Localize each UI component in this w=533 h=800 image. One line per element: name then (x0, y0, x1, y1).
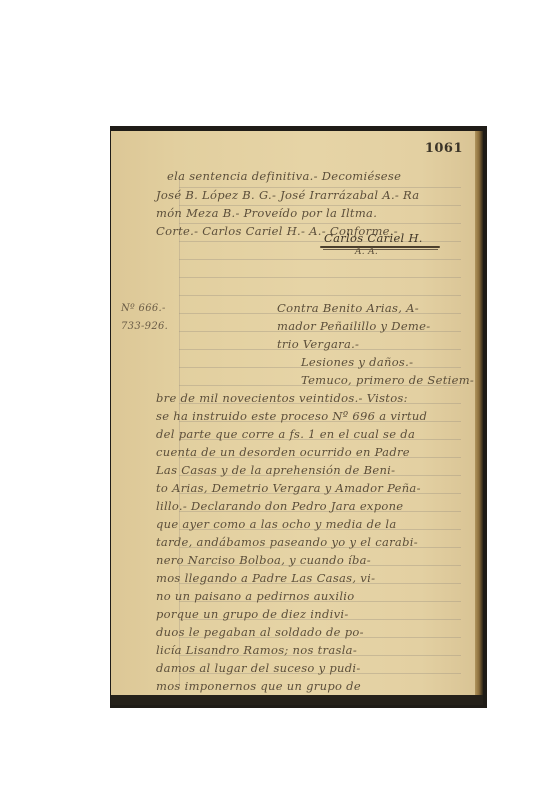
body-line: nero Narciso Bolboa, y cuando íba- (156, 553, 371, 567)
body-line: que ayer como a las ocho y media de la (156, 517, 397, 531)
body-line: licía Lisandro Ramos; nos trasla- (156, 643, 357, 657)
case-reference: 733-926. (121, 321, 168, 332)
body-line: duos le pegaban al soldado de po- (156, 625, 364, 639)
body-line: damos al lugar del suceso y pudi- (156, 661, 361, 675)
body-line: lillo.- Declarando don Pedro Jara expone (156, 499, 403, 513)
signature-underline (323, 249, 438, 250)
body-line: porque un grupo de diez indivi- (156, 607, 349, 621)
ruled-line (179, 277, 461, 278)
signature: Carlos Cariel H. (324, 231, 423, 245)
body-line: mos imponernos que un grupo de (156, 679, 361, 693)
handwritten-line: ela sentencia definitiva.- Decomiésese (167, 169, 401, 183)
ledger-bottom-edge (111, 695, 483, 705)
handwritten-line: món Meza B.- Proveído por la Iltma. (156, 206, 377, 220)
body-line: to Arias, Demetrio Vergara y Amador Peña… (156, 481, 421, 495)
body-line: se ha instruido este proceso Nº 696 a vi… (156, 409, 427, 423)
body-line: Las Casas y de la aprehensión de Beni- (156, 463, 395, 477)
body-line: Temuco, primero de Setiem- (301, 373, 474, 387)
case-number: Nº 666.- (121, 303, 166, 314)
ruled-line (179, 259, 461, 260)
body-line: tarde, andábamos paseando yo y el carabi… (156, 535, 418, 549)
case-subject: Lesiones y daños.- (301, 355, 413, 369)
ledger-page: 1061 ela sentencia definitiva.- Decomiés… (111, 131, 475, 695)
case-title-line: Contra Benito Arias, A- (277, 301, 419, 315)
body-line: mos llegando a Padre Las Casas, vi- (156, 571, 375, 585)
page-number: 1061 (425, 141, 463, 156)
case-title-line: mador Peñailillo y Deme- (277, 319, 430, 333)
body-line: bre de mil novecientos veintidos.- Visto… (156, 391, 408, 405)
case-title-line: trio Vergara.- (277, 337, 359, 351)
body-line: no un paisano a pedirnos auxilio (156, 589, 355, 603)
signature-underline (320, 246, 440, 248)
ruled-line (179, 295, 461, 296)
signature-flourish: A. A. (355, 247, 378, 257)
ledger-binding-edge (475, 131, 483, 695)
handwritten-line: José B. López B. G.- José Irarrázabal A.… (156, 188, 419, 202)
body-line: del parte que corre a fs. 1 en el cual s… (156, 427, 415, 441)
body-line: cuenta de un desorden ocurrido en Padre (156, 445, 410, 459)
